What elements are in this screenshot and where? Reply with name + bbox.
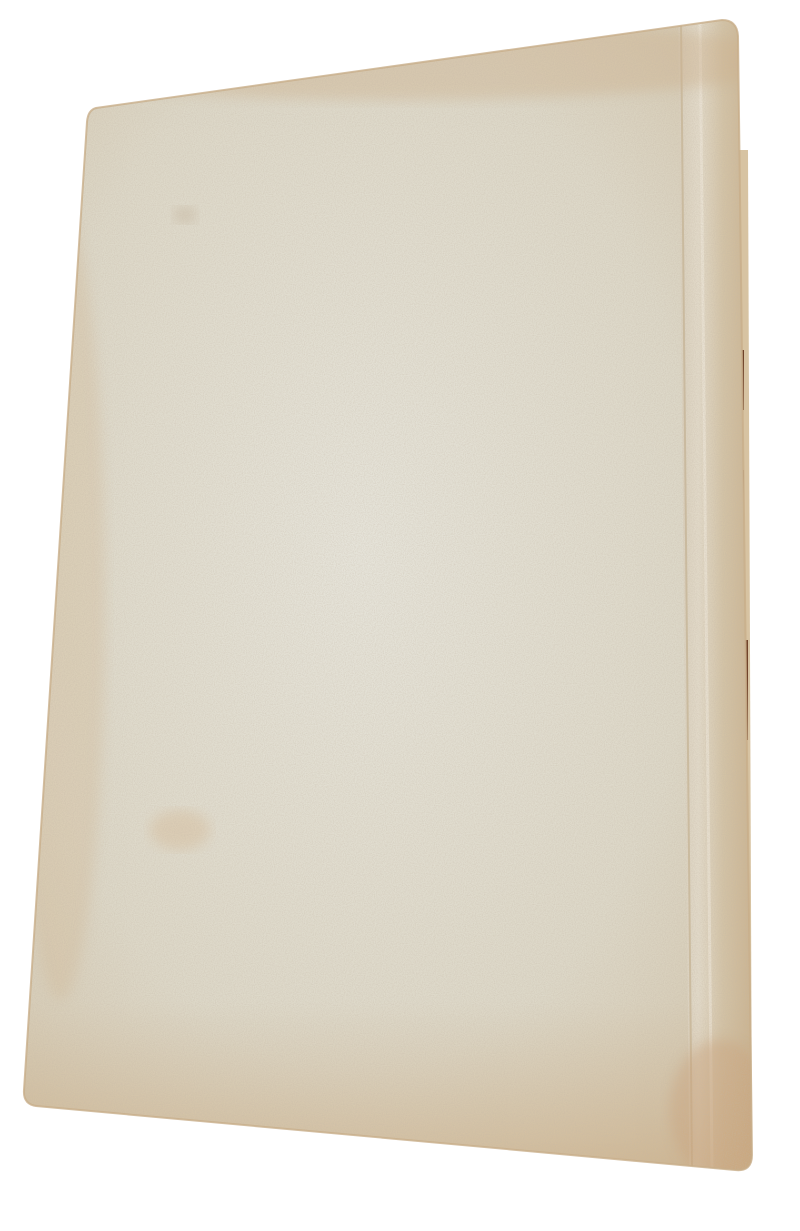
photo-scene: blank aged paperback book cover, angled … xyxy=(0,0,800,1231)
book-photo xyxy=(0,0,800,1231)
book-cover xyxy=(0,0,800,1231)
